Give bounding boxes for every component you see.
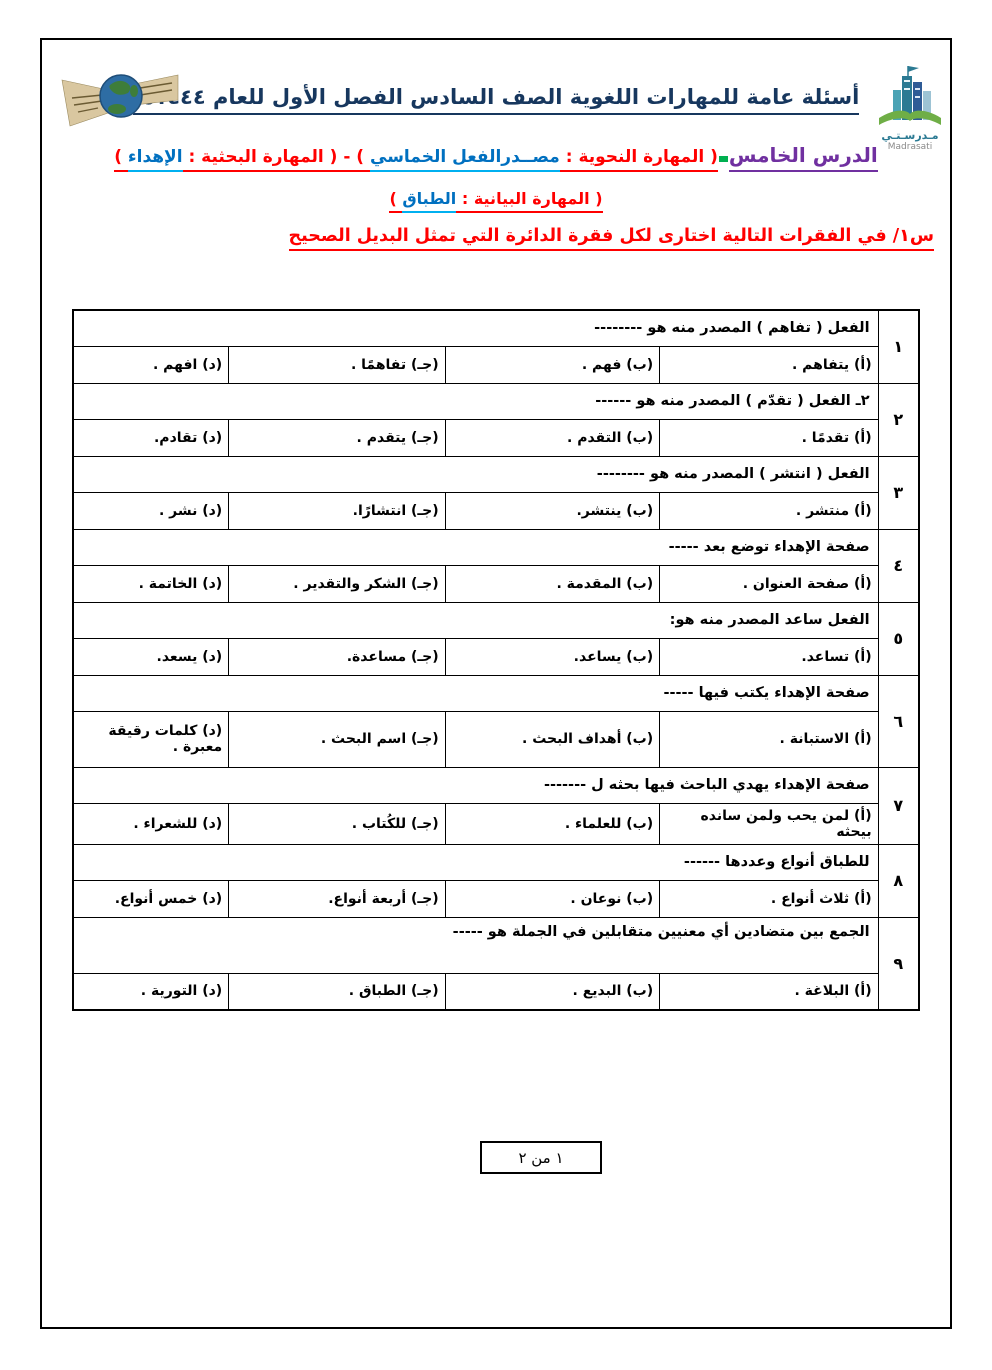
rhetorical-skill-prefix: ( المهارة البيانية : <box>456 189 602 213</box>
option-c: (جـ) اسم البحث . <box>229 711 445 767</box>
instruction-text: س١/ في الفقرات التالية اختارى لكل فقرة ا… <box>289 226 934 251</box>
grammar-skill-value: مصــدرالفعل الخماسي <box>370 147 560 172</box>
page-title: أسئلة عامة للمهارات اللغوية الصف السادس … <box>133 85 860 115</box>
question-text: للطباق أنواع وعددها ------ <box>73 844 878 880</box>
option-a: (أ) ثلاث أنواع . <box>660 880 878 917</box>
options-row: (أ) يتفاهم . (ب) فهم . (جـ) تفاهمًا . (د… <box>73 346 919 383</box>
lesson-label: الدرس الخامس <box>729 143 878 172</box>
lesson-subtitle: الدرس الخامس( المهارة النحوية : مصــدرال… <box>42 143 950 167</box>
option-d: (د) الخاتمة . <box>73 565 229 602</box>
option-a: (أ) يتفاهم . <box>660 346 878 383</box>
option-b: (ب) المقدمة . <box>445 565 659 602</box>
option-b: (ب) أهداف البحث . <box>445 711 659 767</box>
option-c: (جـ) يتقدم . <box>229 419 445 456</box>
option-b: (ب) نوعان . <box>445 880 659 917</box>
options-row: (أ) ثلاث أنواع . (ب) نوعان . (جـ) أربعة … <box>73 880 919 917</box>
question-text: الجمع بين متضادين أي معنيين متقابلين في … <box>73 917 878 973</box>
madrasati-logo: مـدرسـتـي Madrasati <box>872 64 948 153</box>
rhetorical-skill-line: ( المهارة البيانية : الطباق ) <box>42 189 950 208</box>
rhetorical-close-paren: ) <box>389 189 402 213</box>
option-d: (د) خمس أنواع. <box>73 880 229 917</box>
rhetorical-skill-value: الطباق <box>402 189 456 213</box>
madrasati-english-label: Madrasati <box>872 142 948 153</box>
question-row: ٨ للطباق أنواع وعددها ------ <box>73 844 919 880</box>
question-number: ٤ <box>878 529 919 602</box>
option-d: (د) افهم . <box>73 346 229 383</box>
page-number: ١ من ٢ <box>518 1149 563 1167</box>
options-row: (أ) منتشر . (ب) ينتشر. (جـ) انتشارًا. (د… <box>73 492 919 529</box>
option-a: (أ) لمن يحب ولمن سانده بيحثه <box>660 803 878 844</box>
question-number: ٩ <box>878 917 919 1010</box>
option-c: (جـ) الشكر والتقدير . <box>229 565 445 602</box>
question-row: ٤ صفحة الإهداء توضع بعد ----- <box>73 529 919 565</box>
option-a: (أ) تساعد. <box>660 638 878 675</box>
question-number: ١ <box>878 310 919 383</box>
option-a: (أ) البلاغة . <box>660 973 878 1010</box>
questions-table: ١ الفعل ( تفاهم ) المصدر منه هو --------… <box>72 309 920 1011</box>
option-a: (أ) منتشر . <box>660 492 878 529</box>
option-d: (د) نشر . <box>73 492 229 529</box>
option-b: (ب) البديع . <box>445 973 659 1010</box>
option-a: (أ) الاستبانة . <box>660 711 878 767</box>
option-a: (أ) تقدمًا . <box>660 419 878 456</box>
exam-page: مـدرسـتـي Madrasati أسئلة عامة للمهارات … <box>40 38 952 1329</box>
options-row: (أ) الاستبانة . (ب) أهداف البحث . (جـ) ا… <box>73 711 919 767</box>
question-text: الفعل ساعد المصدر منه هو: <box>73 602 878 638</box>
option-c: (جـ) تفاهمًا . <box>229 346 445 383</box>
option-c: (جـ) للكُتاب . <box>229 803 445 844</box>
option-b: (ب) ينتشر. <box>445 492 659 529</box>
question-row: ٩ الجمع بين متضادين أي معنيين متقابلين ف… <box>73 917 919 973</box>
question-row: ٣ الفعل ( انتشر ) المصدر منه هو -------- <box>73 456 919 492</box>
question-instruction: س١/ في الفقرات التالية اختارى لكل فقرة ا… <box>42 226 950 251</box>
option-b: (ب) فهم . <box>445 346 659 383</box>
question-row: ٥ الفعل ساعد المصدر منه هو: <box>73 602 919 638</box>
grammar-skill-prefix: ( المهارة النحوية : <box>560 147 718 172</box>
madrasati-arabic-label: مـدرسـتـي <box>872 130 948 142</box>
options-row: (أ) صفحة العنوان . (ب) المقدمة . (جـ) ال… <box>73 565 919 602</box>
research-skill-value: الإهداء <box>128 147 183 172</box>
green-mark <box>719 156 728 162</box>
globe-banner-icon <box>58 60 182 134</box>
option-d: (د) كلمات رقيقة معبرة . <box>73 711 229 767</box>
option-b: (ب) التقدم . <box>445 419 659 456</box>
research-skill-prefix: ) - ( المهارة البحثية : <box>183 147 370 172</box>
question-text: صفحة الإهداء توضع بعد ----- <box>73 529 878 565</box>
question-row: ٢ ٢ـ الفعل ( تقدّم ) المصدر منه هو -----… <box>73 383 919 419</box>
option-c: (جـ) أربعة أنواع. <box>229 880 445 917</box>
options-row: (أ) البلاغة . (ب) البديع . (جـ) الطباق .… <box>73 973 919 1010</box>
options-row: (أ) تساعد. (ب) يساعد. (جـ) مساعدة. (د) ي… <box>73 638 919 675</box>
option-c: (جـ) انتشارًا. <box>229 492 445 529</box>
ministry-globe-logo <box>58 60 182 134</box>
question-number: ٢ <box>878 383 919 456</box>
options-row: (أ) تقدمًا . (ب) التقدم . (جـ) يتقدم . (… <box>73 419 919 456</box>
option-d: (د) يسعد. <box>73 638 229 675</box>
question-row: ٦ صفحة الإهداء يكتب فيها ----- <box>73 675 919 711</box>
question-number: ٣ <box>878 456 919 529</box>
options-row: (أ) لمن يحب ولمن سانده بيحثه (ب) للعلماء… <box>73 803 919 844</box>
question-text: ٢ـ الفعل ( تقدّم ) المصدر منه هو ------ <box>73 383 878 419</box>
question-text: صفحة الإهداء يكتب فيها ----- <box>73 675 878 711</box>
madrasati-buildings-icon <box>873 64 947 126</box>
page-number-box: ١ من ٢ <box>480 1141 602 1174</box>
question-row: ٧ صفحة الإهداء يهدي الباحث فيها بحثه ل -… <box>73 767 919 803</box>
question-row: ١ الفعل ( تفاهم ) المصدر منه هو -------- <box>73 310 919 346</box>
question-text: صفحة الإهداء يهدي الباحث فيها بحثه ل ---… <box>73 767 878 803</box>
option-d: (د) للشعراء . <box>73 803 229 844</box>
question-text: الفعل ( تفاهم ) المصدر منه هو -------- <box>73 310 878 346</box>
option-d: (د) التورية . <box>73 973 229 1010</box>
option-a: (أ) صفحة العنوان . <box>660 565 878 602</box>
questions-table-body: ١ الفعل ( تفاهم ) المصدر منه هو --------… <box>73 310 919 1010</box>
subtitle-close-paren: ) <box>114 147 128 172</box>
question-number: ٧ <box>878 767 919 844</box>
option-d: (د) تقادم. <box>73 419 229 456</box>
question-number: ٨ <box>878 844 919 917</box>
option-c: (جـ) الطباق . <box>229 973 445 1010</box>
question-number: ٥ <box>878 602 919 675</box>
option-b: (ب) للعلماء . <box>445 803 659 844</box>
option-c: (جـ) مساعدة. <box>229 638 445 675</box>
option-b: (ب) يساعد. <box>445 638 659 675</box>
question-text: الفعل ( انتشر ) المصدر منه هو -------- <box>73 456 878 492</box>
question-number: ٦ <box>878 675 919 767</box>
